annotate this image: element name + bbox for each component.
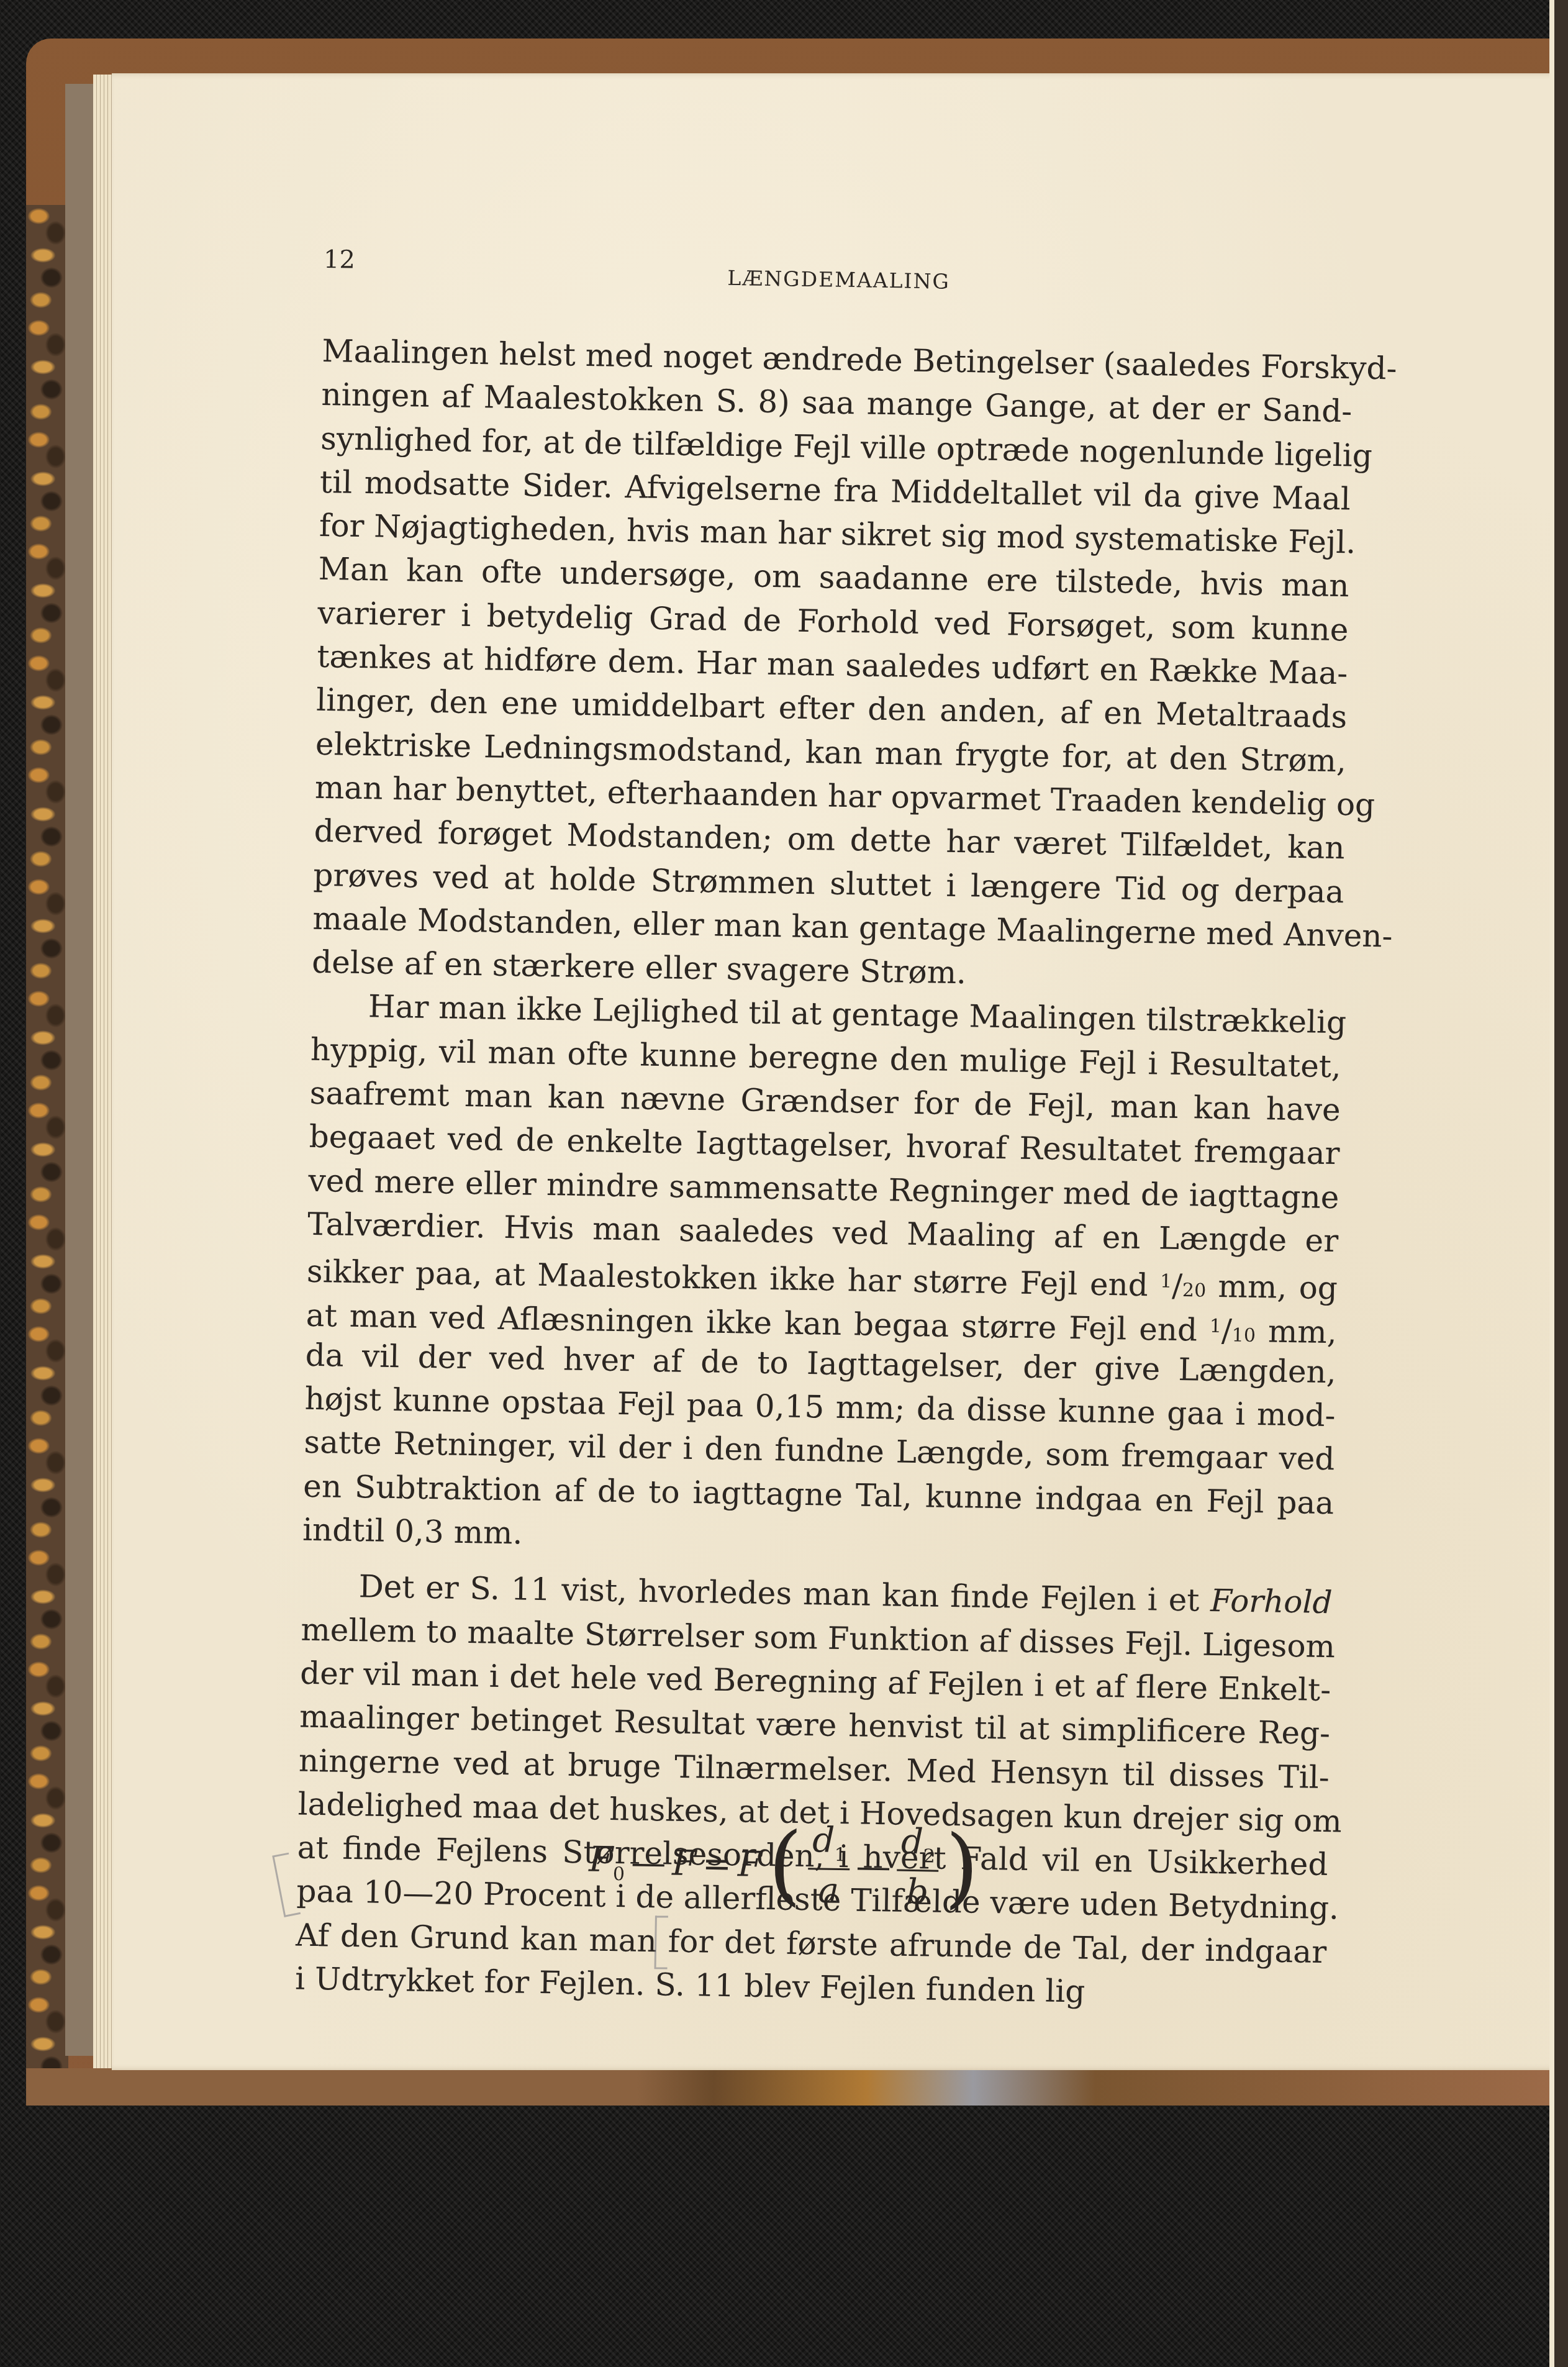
formula-close-paren: ) <box>944 1824 979 1912</box>
italic-term: Forhold <box>1210 1583 1333 1620</box>
right-page-edge <box>1549 0 1568 2367</box>
page-text-block: 12 LÆNGDEMAALING Maalingen helst med nog… <box>328 0 1359 17</box>
cover-bottom-edge <box>26 2068 1554 2106</box>
formula-subscript: 1 <box>834 1843 846 1865</box>
fraction-numerator: d2 <box>897 1824 939 1871</box>
formula-var: d <box>901 1821 924 1862</box>
formula-fraction-2: d2 b <box>896 1824 939 1910</box>
formula-minus: — <box>856 1846 891 1887</box>
fraction-denominator: a <box>818 1870 839 1909</box>
formula-var: F <box>738 1844 763 1885</box>
formula-var: F <box>589 1839 614 1880</box>
pencil-bracket-mark <box>655 1915 668 1969</box>
formula-subscript: 0 <box>613 1863 625 1885</box>
fraction-numerator: d1 <box>808 1823 850 1870</box>
formula-fraction-1: d1 a <box>807 1823 850 1909</box>
formula-var: F <box>672 1843 697 1884</box>
text-segment: mm, <box>1256 1313 1338 1350</box>
text-segment: mm, og <box>1206 1268 1338 1306</box>
fraction-denominator: b <box>906 1871 929 1910</box>
formula-minus: — <box>631 1842 666 1883</box>
fraction-denominator: 20 <box>1182 1279 1207 1302</box>
formula-subscript: 2 <box>923 1845 935 1867</box>
formula-var: d <box>812 1820 835 1861</box>
formula-open-paren: ( <box>768 1821 803 1909</box>
formula-equals: = <box>702 1843 732 1884</box>
marbled-cover-edge <box>26 205 68 2068</box>
formula-lhs: F0 <box>589 1839 625 1885</box>
error-formula: F0 — F = F ( d1 a — d2 b ) <box>588 1818 979 1911</box>
fraction-numerator: 1 <box>1210 1315 1222 1337</box>
fraction-denominator: 10 <box>1231 1324 1256 1347</box>
body-text: Maalingen helst med noget ændrede Beting… <box>295 329 1353 2017</box>
fraction-numerator: 1 <box>1160 1271 1172 1293</box>
